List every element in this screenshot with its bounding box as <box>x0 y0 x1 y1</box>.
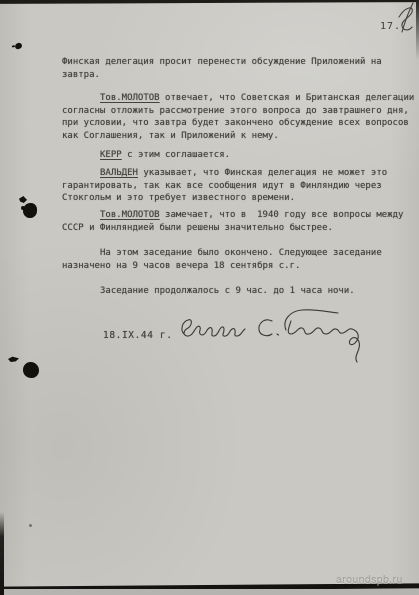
text-line: Финская делегация просит перенести обсуж… <box>62 56 418 69</box>
text-line: согласны отложить рассмотрение этого воп… <box>62 105 418 118</box>
speaker-statement: с этим соглашается. <box>122 150 230 160</box>
speaker-statement: указывает, что Финская делегация не може… <box>138 168 387 178</box>
paragraph: КЕРР с этим соглашается. <box>62 149 418 162</box>
speaker-name: КЕРР <box>100 150 122 160</box>
speaker-statement: замечает, что в 1940 году все вопросы ме… <box>160 210 404 220</box>
paragraph: ВАЛЬДЕН указывает, что Финская делегация… <box>62 167 418 205</box>
text-line: На этом заседание было окончено. Следующ… <box>62 247 418 260</box>
text-line: Стокгольм и это требует известного време… <box>62 192 418 205</box>
scan-edge-left <box>0 512 4 595</box>
paragraph: Заседание продолжалось с 9 час. до 1 час… <box>62 285 418 298</box>
text-line: СССР и Финляндией были решены значительн… <box>62 222 418 235</box>
text-line: Тов.МОЛОТОВ отвечает, что Советская и Бр… <box>62 92 418 105</box>
handwritten-corner-mark <box>391 1 419 35</box>
ink-speck <box>29 524 32 527</box>
meeting-date: 18.IX.44 г. <box>103 330 173 341</box>
ink-blot <box>8 356 19 362</box>
ink-blot <box>14 42 22 50</box>
text-line: гарантировать, так как все сообщения иду… <box>62 180 418 193</box>
paragraph: Тов.МОЛОТОВ замечает, что в 1940 году вс… <box>62 209 418 234</box>
ink-blot <box>19 196 27 203</box>
scan-edge-bottom-shadow <box>0 589 419 595</box>
text-line: при условии, что завтра будет закончено … <box>62 117 418 130</box>
paragraph: Тов.МОЛОТОВ отвечает, что Советская и Бр… <box>62 92 418 142</box>
paragraph: Финская делегация просит перенести обсуж… <box>62 56 418 81</box>
handwritten-signature <box>170 300 375 370</box>
ink-blot <box>23 362 39 378</box>
text-line: завтра. <box>62 69 418 82</box>
speaker-name: Тов.МОЛОТОВ <box>100 210 160 220</box>
text-line: КЕРР с этим соглашается. <box>62 149 418 162</box>
ink-blot <box>23 203 37 218</box>
text-line: Заседание продолжалось с 9 час. до 1 час… <box>62 285 418 298</box>
scan-edge-top <box>0 0 419 4</box>
text-line: назначено на 9 часов вечера 18 сентября … <box>62 260 418 273</box>
speaker-name: Тов.МОЛОТОВ <box>100 93 160 103</box>
speaker-statement: отвечает, что Советская и Британская дел… <box>160 93 415 103</box>
text-line: ВАЛЬДЕН указывает, что Финская делегация… <box>62 167 418 180</box>
speaker-name: ВАЛЬДЕН <box>100 168 138 178</box>
paragraph: На этом заседание было окончено. Следующ… <box>62 247 418 272</box>
scanned-document-page: 17. Финская делегация просит перенести о… <box>0 0 419 595</box>
text-line: Тов.МОЛОТОВ замечает, что в 1940 году вс… <box>62 209 418 222</box>
watermark: aroundspb.ru <box>336 574 403 586</box>
text-line: как Соглашения, так и Приложений к нему. <box>62 130 418 143</box>
